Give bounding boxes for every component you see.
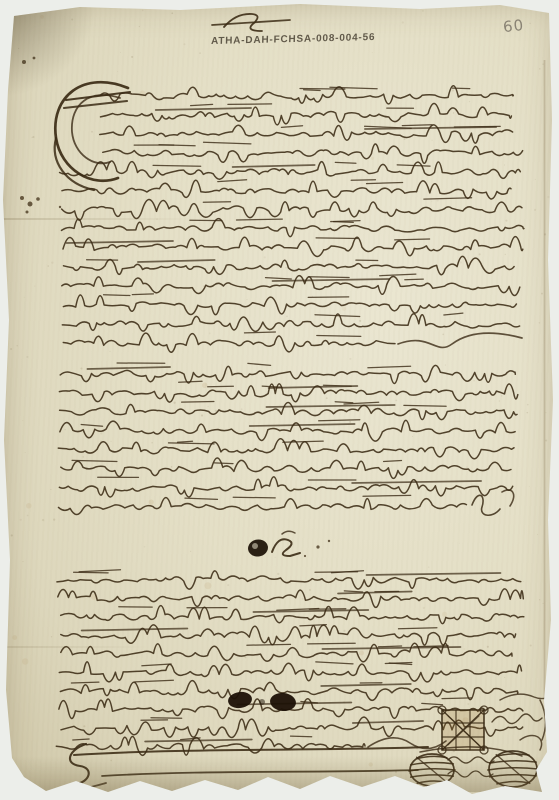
- paragraph-1: [60, 86, 524, 353]
- folio-number: 60: [502, 16, 525, 36]
- ink-specks: [20, 57, 330, 558]
- document-scan: ATHA-DAH-FCHSA-008-004-56 60: [0, 0, 559, 800]
- manuscript-page: ATHA-DAH-FCHSA-008-004-56 60: [0, 0, 559, 800]
- section-separator-flourish: [247, 531, 300, 558]
- notarial-sign-icon: [438, 694, 552, 754]
- handwriting-layer: [0, 0, 559, 800]
- paragraph-2: [58, 363, 518, 515]
- closing-lines: [67, 744, 429, 798]
- top-folio-mark-icon: [212, 14, 290, 31]
- scan-background: { "page": { "background_color": "#eceeea…: [0, 0, 559, 800]
